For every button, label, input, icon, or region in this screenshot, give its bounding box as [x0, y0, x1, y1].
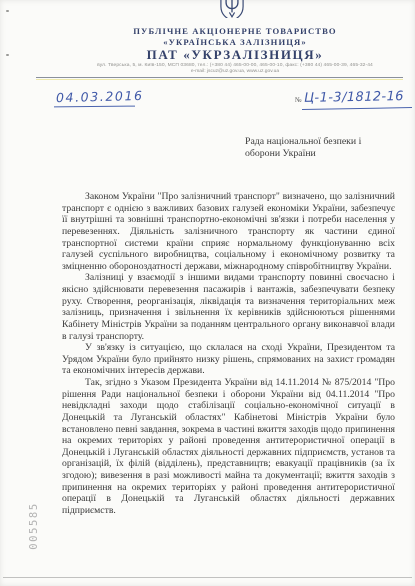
paragraph-3: У зв'язку із ситуацією, що склалася на с… [62, 342, 395, 377]
paragraph-1: Законом України "Про залізничний транспо… [62, 191, 395, 272]
number-sign: № [295, 96, 302, 104]
paragraph-2: Залізниці у взаємодії з іншими видами тр… [62, 272, 395, 342]
date-underline [54, 106, 135, 108]
scanned-letter-page: ПУБЛІЧНЕ АКЦІОНЕРНЕ ТОВАРИСТВО «УКРАЇНСЬ… [0, 0, 415, 586]
scan-artifact [6, 10, 9, 12]
ukraine-trident-emblem-icon [217, 0, 247, 18]
org-address-line: вул. Тверська, 5, м. Київ-150, МСП 03680… [41, 63, 415, 68]
letter-body: Законом України "Про залізничний транспо… [62, 191, 395, 517]
org-email-line: e-mail: jscuz@uz.gov.ua, www.uz.gov.ua [55, 69, 415, 74]
scan-artifact [6, 54, 9, 56]
org-name-line2: «УКРАЇНСЬКА ЗАЛІЗНИЦЯ» [55, 37, 415, 47]
registration-stamp-number: 005585 [28, 496, 40, 556]
header-separator-yellow-line [36, 79, 403, 81]
paragraph-4: Так, згідно з Указом Президента України … [62, 377, 395, 517]
scan-edge-line [3, 577, 412, 578]
org-short-name: ПАТ «УКРЗАЛІЗНИЦЯ» [55, 47, 415, 63]
org-name-line1: ПУБЛІЧНЕ АКЦІОНЕРНЕ ТОВАРИСТВО [55, 26, 415, 36]
handwritten-date: 04.03.2016 [56, 88, 144, 105]
reference-number-underline [302, 107, 412, 110]
handwritten-reference-number: Ц-1-3/1812-16 [304, 89, 404, 106]
addressee-block: Рада національної безпеки і оборони Укра… [245, 136, 385, 160]
